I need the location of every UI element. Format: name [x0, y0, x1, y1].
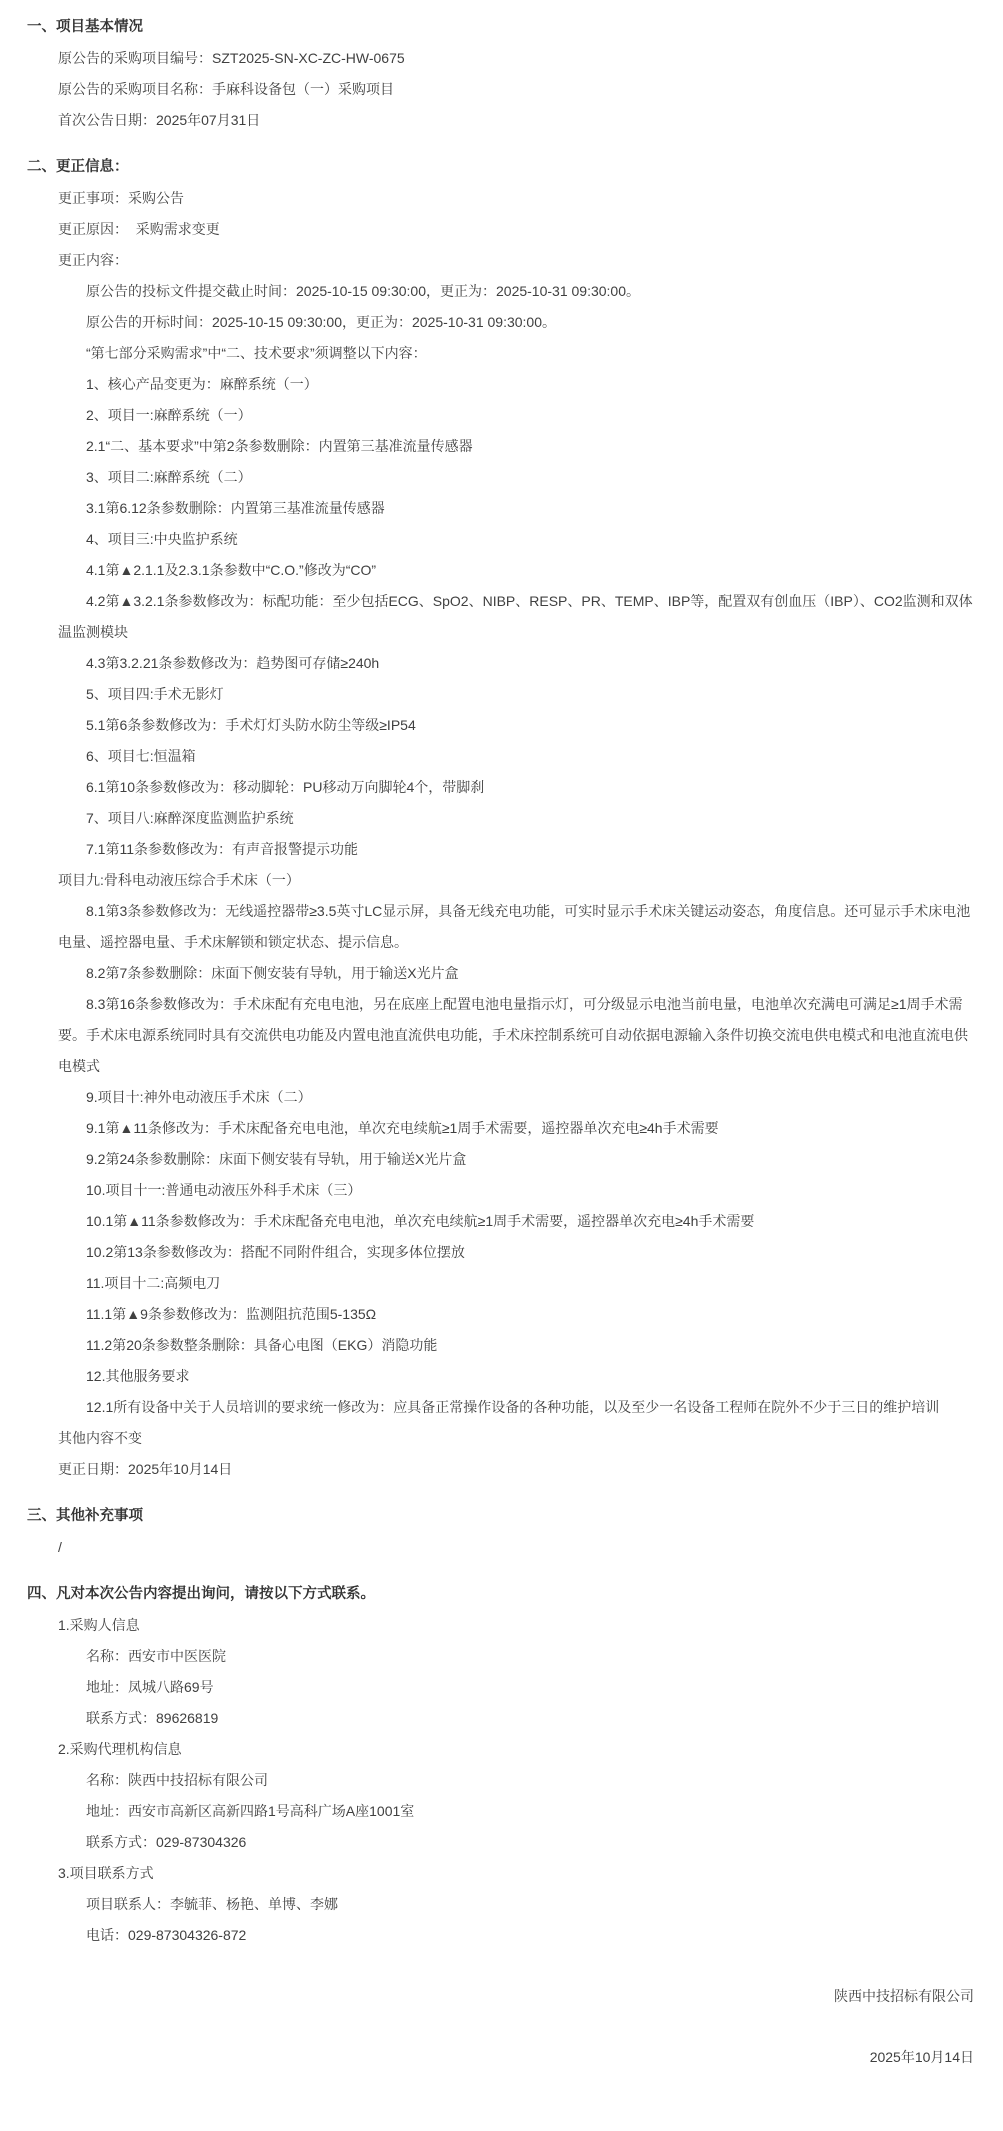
- section-heading: 二、更正信息：: [27, 152, 976, 183]
- paragraph: 4.3第3.2.21条参数修改为：趋势图可存储≥240h: [58, 648, 976, 679]
- announcement-date: 2025年10月14日: [27, 2042, 974, 2073]
- paragraph: 6.1第10条参数修改为：移动脚轮：PU移动万向脚轮4个，带脚刹: [58, 772, 976, 803]
- paragraph: 更正内容：: [58, 245, 976, 276]
- paragraph: 原公告的采购项目编号：SZT2025-SN-XC-ZC-HW-0675: [58, 43, 976, 74]
- paragraph: 4、项目三:中央监护系统: [58, 524, 976, 555]
- paragraph: 7、项目八:麻醉深度监测监护系统: [58, 803, 976, 834]
- section-heading: 三、其他补充事项: [27, 1501, 976, 1532]
- paragraph: 其他内容不变: [58, 1423, 976, 1454]
- paragraph: 9.2第24条参数删除：床面下侧安装有导轨，用于输送X光片盒: [58, 1144, 976, 1175]
- paragraph: 12.1所有设备中关于人员培训的要求统一修改为：应具备正常操作设备的各种功能，以…: [58, 1392, 976, 1423]
- document-footer: 陕西中技招标有限公司 2025年10月14日: [27, 1981, 976, 2073]
- paragraph: 项目联系人：李毓菲、杨艳、单博、李娜: [58, 1889, 976, 1920]
- section-body: 原公告的采购项目编号：SZT2025-SN-XC-ZC-HW-0675原公告的采…: [27, 43, 976, 136]
- paragraph: 4.1第▲2.1.1及2.3.1条参数中“C.O.”修改为“CO”: [58, 555, 976, 586]
- paragraph: 7.1第11条参数修改为：有声音报警提示功能: [58, 834, 976, 865]
- paragraph: 11.2第20条参数整条删除：具备心电图（EKG）消隐功能: [58, 1330, 976, 1361]
- agency-signature: 陕西中技招标有限公司: [27, 1981, 974, 2012]
- section-1: 一、项目基本情况原公告的采购项目编号：SZT2025-SN-XC-ZC-HW-0…: [27, 12, 976, 136]
- paragraph: 名称：西安市中医医院: [58, 1641, 976, 1672]
- paragraph: 12.其他服务要求: [58, 1361, 976, 1392]
- paragraph: 8.3第16条参数修改为：手术床配有充电电池，另在底座上配置电池电量指示灯，可分…: [58, 989, 976, 1082]
- section-4: 四、凡对本次公告内容提出询问，请按以下方式联系。1.采购人信息名称：西安市中医医…: [27, 1579, 976, 1951]
- paragraph: 名称：陕西中技招标有限公司: [58, 1765, 976, 1796]
- paragraph: “第七部分采购需求”中“二、技术要求”须调整以下内容：: [58, 338, 976, 369]
- section-3: 三、其他补充事项/: [27, 1501, 976, 1563]
- paragraph: 原公告的采购项目名称：手麻科设备包（一）采购项目: [58, 74, 976, 105]
- paragraph: 3、项目二:麻醉系统（二）: [58, 462, 976, 493]
- paragraph: 10.项目十一:普通电动液压外科手术床（三）: [58, 1175, 976, 1206]
- paragraph: 联系方式：89626819: [58, 1703, 976, 1734]
- paragraph: 9.1第▲11条修改为：手术床配备充电电池，单次充电续航≥1周手术需要，遥控器单…: [58, 1113, 976, 1144]
- paragraph: 11.1第▲9条参数修改为：监测阻抗范围5-135Ω: [58, 1299, 976, 1330]
- paragraph: 3.1第6.12条参数删除：内置第三基准流量传感器: [58, 493, 976, 524]
- paragraph: 8.1第3条参数修改为：无线遥控器带≥3.5英寸LC显示屏，具备无线充电功能，可…: [58, 896, 976, 958]
- paragraph: 8.2第7条参数删除：床面下侧安装有导轨，用于输送X光片盒: [58, 958, 976, 989]
- paragraph: 原公告的开标时间：2025-10-15 09:30:00，更正为：2025-10…: [58, 307, 976, 338]
- paragraph: 4.2第▲3.2.1条参数修改为：标配功能：至少包括ECG、SpO2、NIBP、…: [58, 586, 976, 648]
- paragraph: /: [58, 1532, 976, 1563]
- paragraph: 联系方式：029-87304326: [58, 1827, 976, 1858]
- paragraph: 原公告的投标文件提交截止时间：2025-10-15 09:30:00，更正为：2…: [58, 276, 976, 307]
- section-body: 更正事项：采购公告更正原因： 采购需求变更更正内容：原公告的投标文件提交截止时间…: [27, 183, 976, 1485]
- paragraph: 10.1第▲11条参数修改为：手术床配备充电电池，单次充电续航≥1周手术需要，遥…: [58, 1206, 976, 1237]
- paragraph: 2.1“二、基本要求”中第2条参数删除：内置第三基准流量传感器: [58, 431, 976, 462]
- paragraph: 项目九:骨科电动液压综合手术床（一）: [58, 865, 976, 896]
- section-heading: 一、项目基本情况: [27, 12, 976, 43]
- paragraph: 3.项目联系方式: [58, 1858, 976, 1889]
- section-heading: 四、凡对本次公告内容提出询问，请按以下方式联系。: [27, 1579, 976, 1610]
- paragraph: 地址：凤城八路69号: [58, 1672, 976, 1703]
- paragraph: 5.1第6条参数修改为：手术灯灯头防水防尘等级≥IP54: [58, 710, 976, 741]
- paragraph: 2、项目一:麻醉系统（一）: [58, 400, 976, 431]
- paragraph: 地址：西安市高新区高新四路1号高科广场A座1001室: [58, 1796, 976, 1827]
- document-sections: 一、项目基本情况原公告的采购项目编号：SZT2025-SN-XC-ZC-HW-0…: [27, 12, 976, 1951]
- paragraph: 9.项目十:神外电动液压手术床（二）: [58, 1082, 976, 1113]
- paragraph: 首次公告日期：2025年07月31日: [58, 105, 976, 136]
- paragraph: 2.采购代理机构信息: [58, 1734, 976, 1765]
- paragraph: 5、项目四:手术无影灯: [58, 679, 976, 710]
- paragraph: 10.2第13条参数修改为：搭配不同附件组合，实现多体位摆放: [58, 1237, 976, 1268]
- paragraph: 1.采购人信息: [58, 1610, 976, 1641]
- section-body: /: [27, 1532, 976, 1563]
- paragraph: 更正日期：2025年10月14日: [58, 1454, 976, 1485]
- paragraph: 更正原因： 采购需求变更: [58, 214, 976, 245]
- paragraph: 11.项目十二:高频电刀: [58, 1268, 976, 1299]
- section-body: 1.采购人信息名称：西安市中医医院地址：凤城八路69号联系方式：89626819…: [27, 1610, 976, 1951]
- paragraph: 电话：029-87304326-872: [58, 1920, 976, 1951]
- correction-announcement-document: 一、项目基本情况原公告的采购项目编号：SZT2025-SN-XC-ZC-HW-0…: [0, 0, 1003, 2097]
- paragraph: 6、项目七:恒温箱: [58, 741, 976, 772]
- paragraph: 更正事项：采购公告: [58, 183, 976, 214]
- paragraph: 1、核心产品变更为：麻醉系统（一）: [58, 369, 976, 400]
- section-2: 二、更正信息：更正事项：采购公告更正原因： 采购需求变更更正内容：原公告的投标文…: [27, 152, 976, 1485]
